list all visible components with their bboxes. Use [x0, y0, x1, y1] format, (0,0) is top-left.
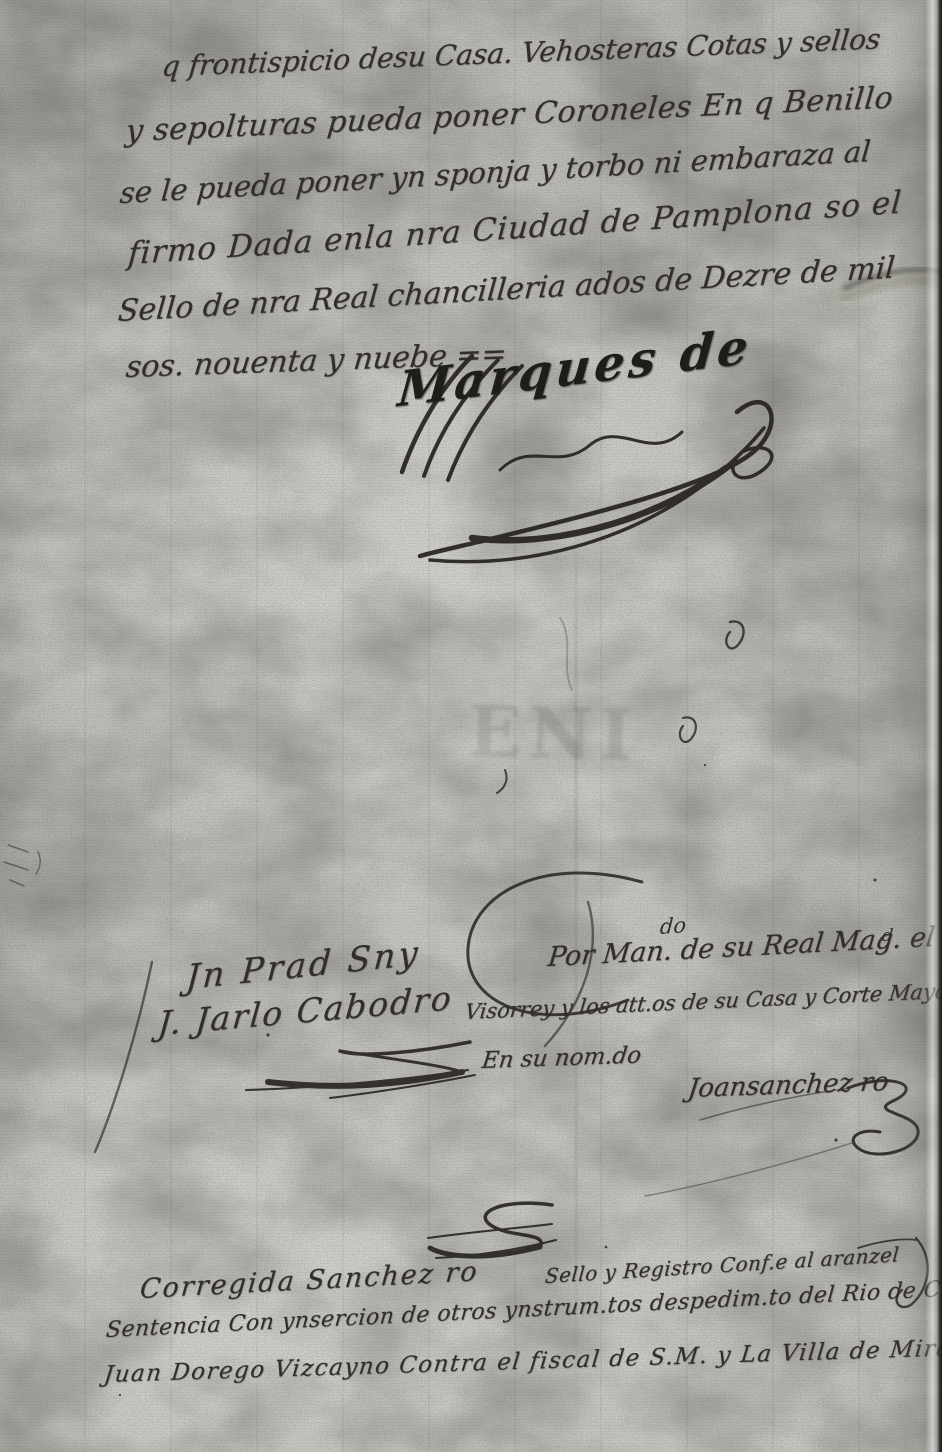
secretary-line-2: Visorrey y los att.os de su Casa y Corte… — [464, 978, 942, 1024]
body-line-1: q frontispicio desu Casa. Vehosteras Cot… — [160, 22, 882, 83]
sanchez-signature: Joansanchez ro — [686, 1067, 890, 1104]
manuscript-page: ENI — [0, 0, 942, 1452]
bottom-registry-flourish — [428, 1203, 556, 1258]
secretary-line-3: En su nom.do — [480, 1042, 642, 1074]
bleed-through-ghost-text: ENI — [467, 690, 640, 777]
secretary-line-1: Por Man. de su Real Mag. el Vi — [546, 920, 942, 973]
closing-signature: Marques de — [396, 318, 755, 418]
annotation-parties: Juan Dorego Vizcayno Contra el fiscal de… — [103, 1334, 942, 1388]
annotation-corregida: Corregida Sanchez ro — [139, 1256, 480, 1305]
